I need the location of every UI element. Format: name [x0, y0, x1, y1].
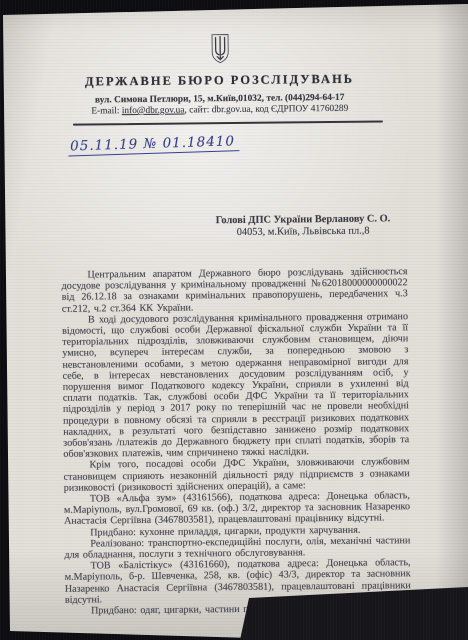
recipient-address: 04053, м.Київ, Львівська пл.,8 — [215, 225, 391, 239]
document-title: ДЕРЖАВНЕ БЮРО РОЗСЛІДУВАНЬ — [0, 71, 442, 91]
paragraph: Центральним апаратом Державного бюро роз… — [61, 266, 407, 314]
handwritten-registration-number: 05.11.19 № 01.18410 — [68, 133, 239, 156]
email-label: E-mail: — [91, 106, 122, 116]
paragraph: ТОВ «Балістікус» (43161660), податкова а… — [65, 557, 411, 605]
paragraph: Придбано: одяг, цигарки, частини побу — [65, 602, 411, 617]
photo-background: ДЕРЖАВНЕ БЮРО РОЗСЛІДУВАНЬ вул. Симона П… — [0, 0, 468, 640]
paragraph: ТОВ «Альфа зум» (43161566), податкова ад… — [64, 490, 410, 527]
document-body: Центральним апаратом Державного бюро роз… — [61, 266, 411, 617]
trident-emblem-icon — [210, 31, 230, 66]
recipient-block: Голові ДПС України Верланову С. О. 04053… — [215, 213, 391, 238]
document-content: ДЕРЖАВНЕ БЮРО РОЗСЛІДУВАНЬ вул. Симона П… — [0, 0, 468, 640]
separator-rule — [73, 120, 383, 126]
paragraph: В ході досудового розслідування кримінал… — [62, 311, 410, 460]
email-link: info@dbr.gov.ua — [122, 106, 185, 117]
address-line-2-rest: , сайт: dbr.gov.ua, код ЄДРПОУ 41760289 — [184, 104, 348, 116]
paragraph: Крім того, посадові особи ДФС України, з… — [63, 457, 409, 494]
